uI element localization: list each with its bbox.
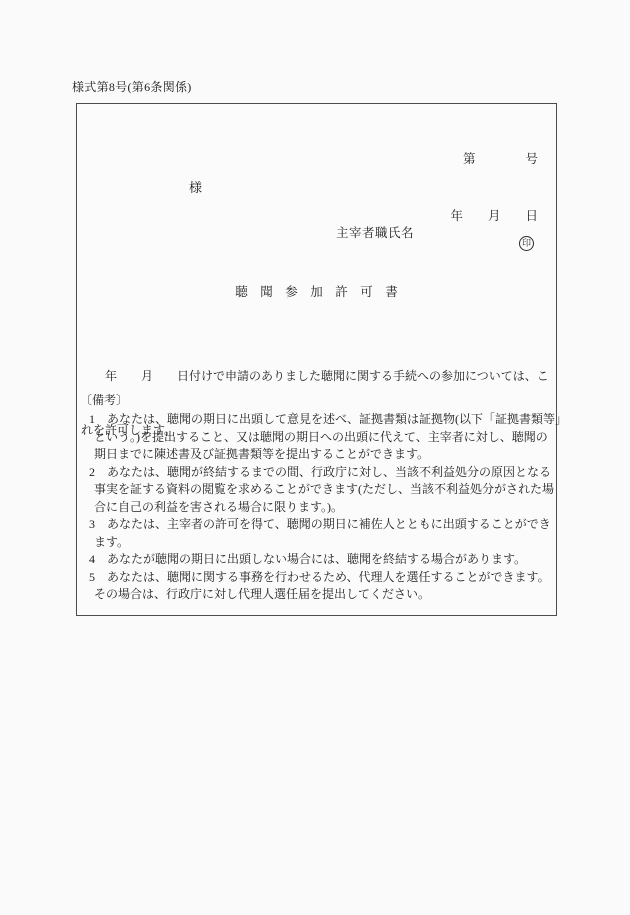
addressee-suffix: 様 — [189, 177, 202, 196]
remark-line: 3 あなたは、主宰者の許可を得て、聴聞の期日に補佐人とともに出頭することができ — [89, 516, 551, 534]
remark-item: 1 あなたは、聴聞の期日に出頭して意見を述べ、証拠書類は証拠物(以下「証拠書類等… — [89, 411, 551, 464]
document-page: 様式第8号(第6条関係) 第 号 年 月 日 様 主宰者職氏名 印 聴 聞 参 … — [0, 0, 630, 915]
document-date-line: 年 月 日 — [450, 207, 538, 226]
remarks-heading: 〔備考〕 — [80, 391, 128, 408]
remark-line: 合に自己の利益を害される場合に限ります。)。 — [89, 499, 551, 517]
remark-item: 2 あなたは、聴聞が終結するまでの間、行政庁に対し、当該不利益処分の原因となる … — [89, 464, 551, 517]
seal-stamp-icon: 印 — [519, 236, 534, 251]
statement-line: 年 月 日付けで申請のありました聴聞に関する手続への参加については、こ — [81, 367, 553, 385]
remark-line: 4 あなたが聴聞の期日に出頭しない場合には、聴聞を終結する場合があります。 — [89, 551, 551, 569]
issuer-name-label: 主宰者職氏名 — [336, 223, 414, 241]
form-border-box: 第 号 年 月 日 様 主宰者職氏名 印 聴 聞 参 加 許 可 書 年 月 日… — [76, 103, 557, 616]
document-number-line: 第 号 — [450, 150, 538, 169]
remark-line: 5 あなたは、聴聞に関する事務を行わせるため、代理人を選任することができます。 — [89, 569, 551, 587]
remark-item: 3 あなたは、主宰者の許可を得て、聴聞の期日に補佐人とともに出頭することができ … — [89, 516, 551, 551]
remark-line: その場合は、行政庁に対し代理人選任届を提出してください。 — [89, 586, 551, 604]
remark-item: 4 あなたが聴聞の期日に出頭しない場合には、聴聞を終結する場合があります。 — [89, 551, 551, 569]
remark-line: ます。 — [89, 534, 551, 552]
remark-item: 5 あなたは、聴聞に関する事務を行わせるため、代理人を選任することができます。 … — [89, 569, 551, 604]
remark-line: 1 あなたは、聴聞の期日に出頭して意見を述べ、証拠書類は証拠物(以下「証拠書類等… — [89, 411, 551, 429]
remark-line: 期日までに陳述書及び証拠書類等を提出することができます。 — [89, 446, 551, 464]
remark-line: という。)を提出すること、又は聴聞の期日への出頭に代えて、主宰者に対し、聴聞の — [89, 429, 551, 447]
remark-line: 事実を証する資料の閲覧を求めることができます(ただし、当該不利益処分がされた場 — [89, 481, 551, 499]
remark-line: 2 あなたは、聴聞が終結するまでの間、行政庁に対し、当該不利益処分の原因となる — [89, 464, 551, 482]
document-title: 聴 聞 参 加 許 可 書 — [77, 282, 556, 300]
remarks-list: 1 あなたは、聴聞の期日に出頭して意見を述べ、証拠書類は証拠物(以下「証拠書類等… — [89, 411, 551, 604]
form-style-label: 様式第8号(第6条関係) — [72, 78, 192, 95]
